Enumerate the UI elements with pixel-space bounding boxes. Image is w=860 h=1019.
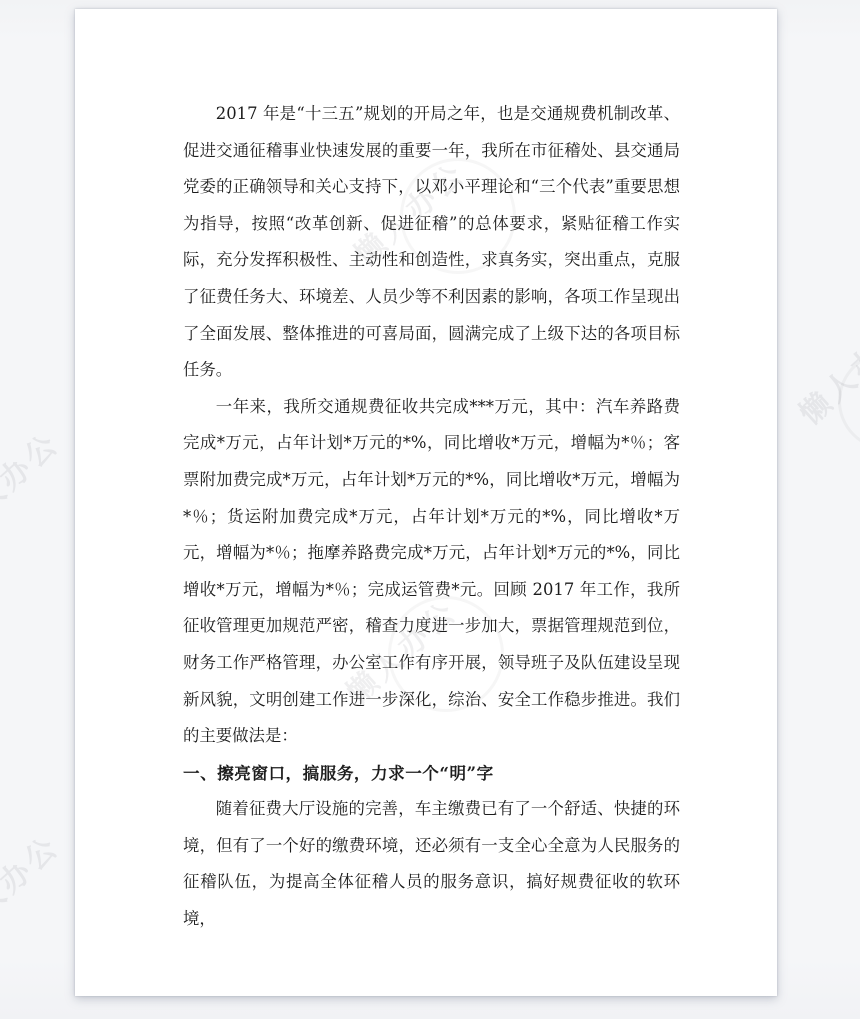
watermark-text: 懒人办公	[788, 309, 860, 433]
watermark-text: 懒人办公	[0, 420, 67, 544]
paragraph-revenue-summary: 一年来，我所交通规费征收共完成***万元，其中：汽车养路费完成*万元，占年计划*…	[183, 389, 680, 755]
document-page: 2017 年是“十三五”规划的开局之年，也是交通规费机制改革、促进交通征稽事业快…	[75, 9, 777, 996]
document-content: 2017 年是“十三五”规划的开局之年，也是交通规费机制改革、促进交通征稽事业快…	[183, 96, 680, 938]
document-viewer: 2017 年是“十三五”规划的开局之年，也是交通规费机制改革、促进交通征稽事业快…	[0, 0, 860, 1019]
paragraph-intro: 2017 年是“十三五”规划的开局之年，也是交通规费机制改革、促进交通征稽事业快…	[183, 96, 680, 389]
watermark-text: 懒人办公	[0, 823, 67, 947]
section-heading-1: 一、擦亮窗口，搞服务，力求一个“明”字	[183, 755, 680, 792]
paragraph-service-environment: 随着征费大厅设施的完善，车主缴费已有了一个舒适、快捷的环境，但有了一个好的缴费环…	[183, 791, 680, 937]
watermark-ring	[838, 352, 860, 450]
